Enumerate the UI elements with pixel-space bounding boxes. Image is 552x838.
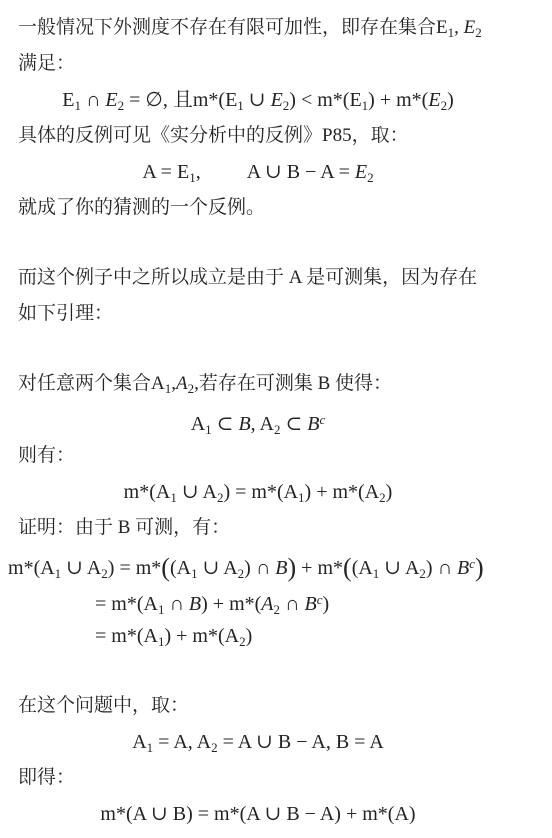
- text-segment: , A: [251, 413, 274, 435]
- text-segment: 证明：由于 B 可测，有：: [18, 517, 230, 538]
- text-segment: ): [322, 593, 329, 615]
- text-segment: A = E: [142, 161, 189, 183]
- text-segment: 即得：: [18, 767, 75, 788]
- text-segment: (A: [149, 481, 170, 503]
- text-segment: (: [343, 553, 352, 582]
- text-segment: (A: [218, 625, 239, 647]
- text-segment: m: [8, 557, 24, 579]
- formula-lemma-condition: A1 ⊂ B, A2 ⊂ Bc: [0, 402, 552, 438]
- text-segment: (A ∪ B) = m: [126, 803, 230, 825]
- text-segment: ,若存在可测集 B 使得：: [194, 373, 392, 394]
- text-segment: *: [116, 803, 126, 825]
- formula-substitution: A1 = A, A2 = A ∪ B − A, B = A: [0, 724, 552, 760]
- text-segment: B: [307, 413, 319, 435]
- text-segment: (A: [137, 593, 158, 615]
- text-segment: = m: [95, 593, 127, 615]
- text-segment: ): [447, 89, 454, 111]
- text-segment: = ∅, 且m: [124, 89, 208, 111]
- text-segment: A: [191, 413, 205, 435]
- para-reference: 具体的反例可见《实分析中的反例》P85，取：: [0, 118, 552, 154]
- para-then: 则有：: [0, 438, 552, 474]
- text-segment: ∩: [164, 593, 188, 615]
- text-segment: ) + m: [305, 481, 349, 503]
- text-segment: (A: [137, 625, 158, 647]
- text-segment: ) ∩: [426, 557, 457, 579]
- text-segment: ∪ A: [379, 557, 419, 579]
- para-why-holds-2: 如下引理：: [0, 296, 552, 332]
- text-segment: ⊂: [212, 413, 239, 435]
- text-segment: B: [304, 593, 316, 615]
- text-segment: m: [100, 803, 116, 825]
- text-segment: ): [246, 625, 253, 647]
- text-segment: *: [245, 593, 255, 615]
- text-segment: *: [208, 89, 218, 111]
- para-intro-1: 一般情况下外测度不存在有限可加性，即存在集合E1, E2: [0, 10, 552, 46]
- formula-proof-step-1: m*(A1 ∪ A2) = m*((A1 ∪ A2) ∩ B) + m*((A1…: [0, 546, 552, 582]
- text-segment: *: [267, 481, 277, 503]
- text-segment: *: [208, 625, 218, 647]
- para-proof: 证明：由于 B 可测，有：: [0, 510, 552, 546]
- text-segment: *: [139, 481, 149, 503]
- text-segment: *: [127, 625, 137, 647]
- text-segment: ∪ A: [61, 557, 101, 579]
- text-segment: 则有：: [18, 445, 75, 466]
- text-segment: + m: [296, 557, 333, 579]
- formula-proof-step-2: = m*(A1 ∩ B) + m*(A2 ∩ Bc): [0, 582, 552, 618]
- text-segment: ∪: [244, 89, 271, 111]
- text-segment: E: [62, 89, 74, 111]
- text-segment: = A, A: [153, 731, 211, 753]
- text-segment: ,: [454, 17, 464, 38]
- text-segment: E: [464, 17, 476, 38]
- text-segment: 而这个例子中之所以成立是由于 A 是可测集，因为存在: [18, 267, 477, 288]
- text-segment: A: [132, 731, 146, 753]
- text-segment: ∩: [81, 89, 105, 111]
- text-segment: B: [457, 557, 469, 579]
- text-segment: ) + m: [368, 89, 412, 111]
- text-segment: ): [386, 481, 393, 503]
- formula-proof-step-3: = m*(A1) + m*(A2): [0, 618, 552, 654]
- text-segment: E: [355, 161, 367, 183]
- text-segment: ): [288, 553, 297, 582]
- text-segment: E: [105, 89, 117, 111]
- text-segment: ) = m: [108, 557, 152, 579]
- text-segment: A: [261, 593, 273, 615]
- text-segment: *: [333, 89, 343, 111]
- text-segment: (A: [358, 481, 379, 503]
- text-segment: (A ∪ B − A) + m: [240, 803, 378, 825]
- text-segment: E: [271, 89, 283, 111]
- text-segment: ∪ A: [177, 481, 217, 503]
- text-segment: ) + m: [164, 625, 208, 647]
- formula-lemma-result: m*(A1 ∪ A2) = m*(A1) + m*(A2): [0, 474, 552, 510]
- text-segment: (A: [170, 557, 191, 579]
- text-segment: c: [319, 412, 325, 427]
- text-segment: E: [428, 89, 440, 111]
- text-segment: (E: [218, 89, 237, 111]
- text-segment: ) = m: [223, 481, 267, 503]
- text-segment: ) + m: [201, 593, 245, 615]
- text-segment: 一般情况下外测度不存在有限可加性，即存在集合: [18, 17, 436, 38]
- text-segment: *: [348, 481, 358, 503]
- text-segment: A: [151, 373, 165, 394]
- text-segment: 在这个问题中，取：: [18, 695, 189, 716]
- text-segment: ) < m: [289, 89, 333, 111]
- text-segment: ∪ A: [198, 557, 238, 579]
- text-segment: *: [333, 557, 343, 579]
- formula-final-result: m*(A ∪ B) = m*(A ∪ B − A) + m*(A): [0, 796, 552, 832]
- text-segment: *: [24, 557, 34, 579]
- text-segment: ⊂: [281, 413, 308, 435]
- para-why-holds-1: 而这个例子中之所以成立是由于 A 是可测集，因为存在: [0, 260, 552, 296]
- text-segment: B: [275, 557, 287, 579]
- text-segment: 对任意两个集合: [18, 373, 151, 394]
- text-segment: ): [475, 553, 484, 582]
- text-segment: = m: [95, 625, 127, 647]
- text-segment: *: [230, 803, 240, 825]
- para-conclusion-counterexample: 就成了你的猜测的一个反例。: [0, 190, 552, 226]
- text-segment: 满足：: [18, 53, 75, 74]
- text-segment: A ∪ B − A =: [247, 161, 355, 183]
- text-segment: 具体的反例可见《实分析中的反例》P85，取：: [18, 125, 409, 146]
- para-lemma: 对任意两个集合A1,A2,若存在可测集 B 使得：: [0, 366, 552, 402]
- text-segment: = A ∪ B − A, B = A: [218, 731, 384, 753]
- text-segment: 就成了你的猜测的一个反例。: [18, 197, 265, 218]
- text-segment: (A: [277, 481, 298, 503]
- text-segment: *: [378, 803, 388, 825]
- text-segment: 2: [367, 170, 374, 185]
- document: 一般情况下外测度不存在有限可加性，即存在集合E1, E2满足：E1 ∩ E2 =…: [0, 0, 552, 832]
- text-segment: *: [151, 557, 161, 579]
- text-segment: E: [436, 17, 448, 38]
- text-segment: (A: [352, 557, 373, 579]
- text-segment: *: [127, 593, 137, 615]
- text-segment: *: [412, 89, 422, 111]
- para-intro-2: 满足：: [0, 46, 552, 82]
- text-segment: (A: [34, 557, 55, 579]
- text-segment: 如下引理：: [18, 303, 113, 324]
- text-segment: ∩: [280, 593, 304, 615]
- text-segment: 2: [475, 25, 482, 40]
- text-segment: B: [238, 413, 250, 435]
- text-segment: ,: [196, 161, 201, 183]
- text-segment: B: [189, 593, 201, 615]
- text-segment: (A): [388, 803, 416, 825]
- formula-counterexample-condition: E1 ∩ E2 = ∅, 且m*(E1 ∪ E2) < m*(E1) + m*(…: [0, 82, 552, 118]
- para-thus: 即得：: [0, 760, 552, 796]
- formula-take-sets: A = E1,A ∪ B − A = E2: [0, 154, 552, 190]
- text-segment: m: [124, 481, 140, 503]
- text-segment: (: [161, 553, 170, 582]
- text-segment: (E: [343, 89, 362, 111]
- text-segment: ) ∩: [244, 557, 275, 579]
- text-segment: A: [176, 373, 188, 394]
- para-in-this-problem: 在这个问题中，取：: [0, 688, 552, 724]
